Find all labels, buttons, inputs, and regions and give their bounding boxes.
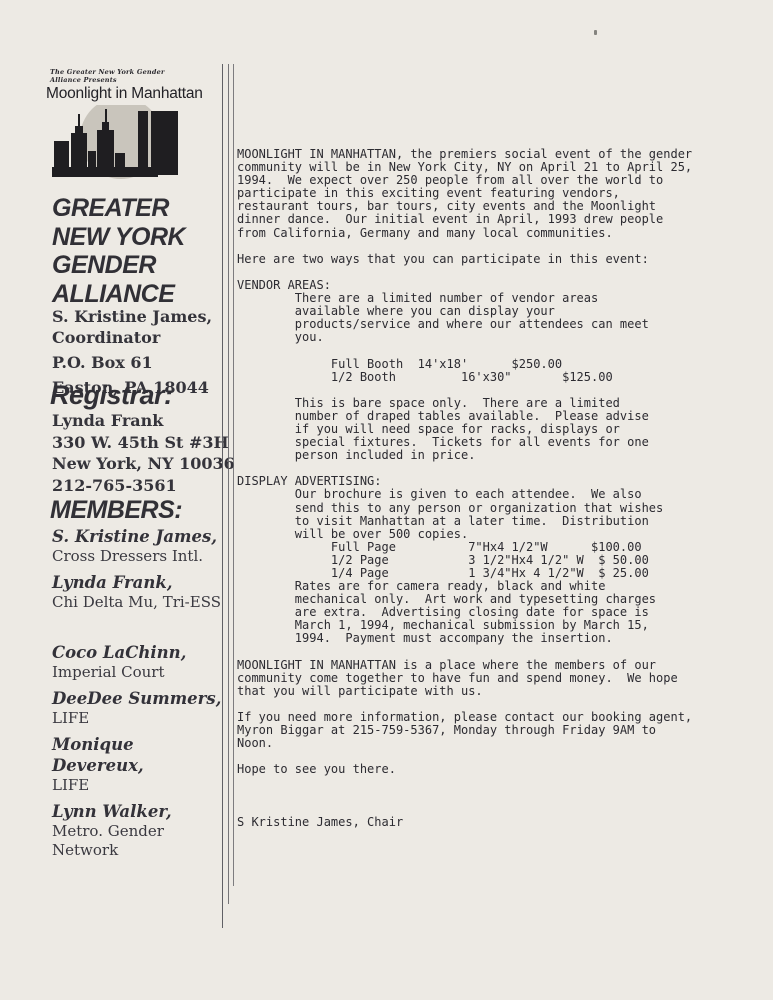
member-item: Coco LaChinn, Imperial Court (52, 642, 222, 682)
member-name: Monique Devereux, (52, 734, 222, 776)
members-heading: MEMBERS: (50, 496, 182, 525)
member-affiliation: Chi Delta Mu, Tri-ESS (52, 593, 222, 612)
member-name: DeeDee Summers, (52, 688, 222, 709)
vertical-divider-rule (233, 64, 234, 886)
scanned-letter-page: The Greater New York Gender Alliance Pre… (0, 0, 773, 1000)
members-list: S. Kristine James, Cross Dressers Intl. … (52, 526, 222, 866)
vertical-divider-rule (228, 64, 229, 904)
registrar-name: Lynda Frank (52, 410, 235, 432)
member-item: Lynn Walker, Metro. Gender Network (52, 801, 222, 860)
member-affiliation: Metro. Gender Network (52, 822, 222, 860)
vertical-divider-rule (222, 64, 223, 928)
org-logo: The Greater New York Gender Alliance Pre… (46, 68, 196, 183)
scan-artifact (594, 30, 597, 35)
member-item: DeeDee Summers, LIFE (52, 688, 222, 728)
member-affiliation: Imperial Court (52, 663, 222, 682)
member-affiliation: LIFE (52, 776, 222, 795)
letter-body: MOONLIGHT IN MANHATTAN, the premiers soc… (237, 148, 692, 829)
coordinator-name: S. Kristine James, (52, 306, 212, 327)
member-affiliation: LIFE (52, 709, 222, 728)
member-name: Coco LaChinn, (52, 642, 222, 663)
member-item: Monique Devereux, LIFE (52, 734, 222, 795)
registrar-address1: 330 W. 45th St #3H (52, 432, 235, 454)
member-item: Lynda Frank, Chi Delta Mu, Tri-ESS (52, 572, 222, 612)
member-item: S. Kristine James, Cross Dressers Intl. (52, 526, 222, 566)
registrar-phone: 212-765-3561 (52, 475, 235, 497)
registrar-heading: Registrar: (50, 380, 173, 411)
logo-presents-line: The Greater New York Gender Alliance Pre… (50, 68, 196, 84)
member-name: Lynn Walker, (52, 801, 222, 822)
member-name: Lynda Frank, (52, 572, 222, 593)
registrar-block: Lynda Frank 330 W. 45th St #3H New York,… (52, 410, 235, 496)
member-name: S. Kristine James, (52, 526, 222, 547)
coordinator-role: Coordinator (52, 327, 212, 348)
coordinator-address1: P.O. Box 61 (52, 352, 212, 373)
registrar-address2: New York, NY 10036 (52, 453, 235, 475)
moon-skyline-icon (46, 105, 191, 183)
logo-title: Moonlight in Manhattan (46, 85, 196, 103)
member-affiliation: Cross Dressers Intl. (52, 547, 222, 566)
org-name: GREATER NEW YORK GENDER ALLIANCE (52, 194, 185, 308)
